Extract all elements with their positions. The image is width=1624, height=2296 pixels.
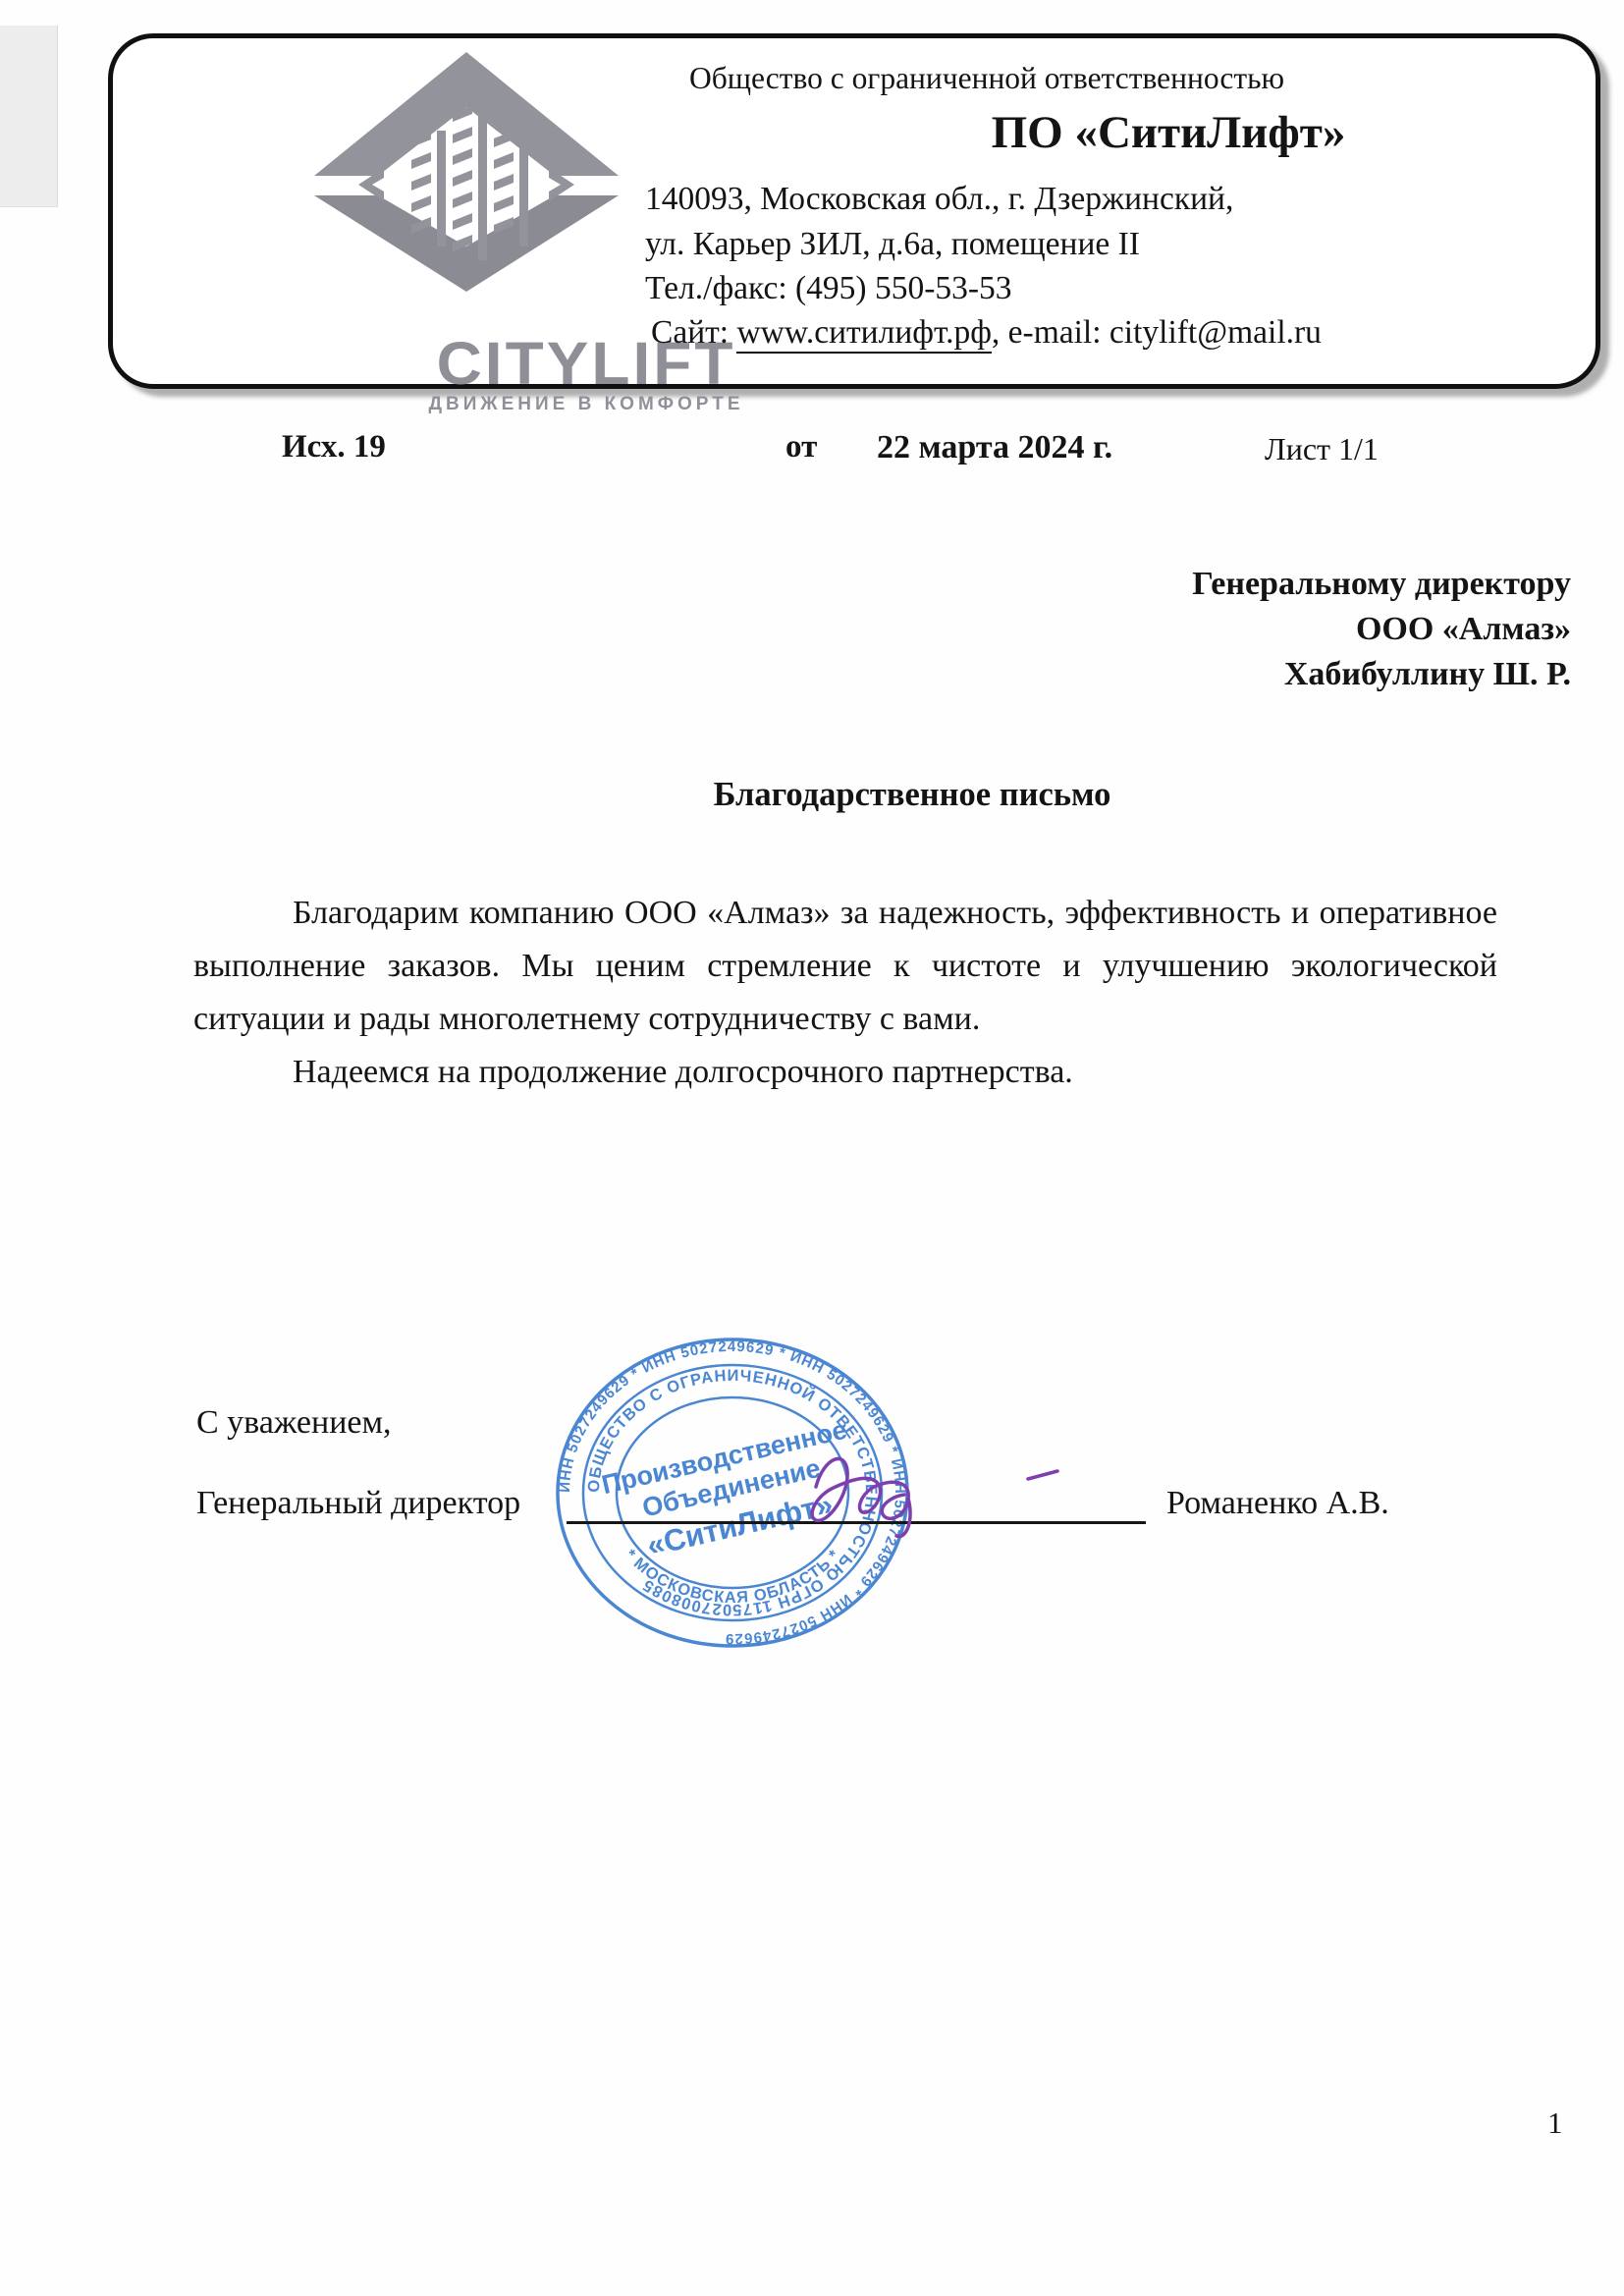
addressee-company: ООО «Алмаз»: [884, 607, 1571, 652]
addressee-block: Генеральному директору ООО «Алмаз» Хабиб…: [884, 562, 1571, 697]
salutation: С уважением,: [196, 1404, 392, 1442]
phone-fax-line: Тел./факс: (495) 550-53-53: [645, 270, 1012, 307]
org-type: Общество с ограниченной ответственностью: [643, 61, 1330, 96]
signature-stroke-main: [812, 1458, 908, 1520]
site-label: Сайт:: [651, 314, 736, 351]
date-from-label: от: [785, 429, 817, 465]
body-paragraph-1: Благодарим компанию ООО «Алмаз» за надеж…: [193, 887, 1497, 1046]
signer-name: Романенко А.В.: [1166, 1485, 1389, 1522]
handwritten-signature: [781, 1426, 1114, 1573]
addressee-name: Хабибуллину Ш. Р.: [884, 652, 1571, 697]
email-part: , e-mail: citylift@mail.ru: [992, 314, 1322, 351]
signer-position: Генеральный директор: [196, 1485, 520, 1522]
body-paragraph-2: Надеемся на продолжение долгосрочного па…: [193, 1046, 1497, 1099]
logo-tagline: ДВИЖЕНИЕ В КОМФОРТЕ: [400, 394, 773, 415]
scan-artifact: [0, 26, 58, 207]
letter-date: 22 марта 2024 г.: [877, 429, 1112, 466]
signature-stroke-dash: [1028, 1471, 1057, 1479]
page-number: 1: [1547, 2105, 1563, 2141]
site-email-line: Сайт: www.ситилифт.рф, e-mail: citylift@…: [651, 314, 1322, 352]
site-url: www.ситилифт.рф: [736, 314, 991, 354]
citylift-logo-diamond: [299, 46, 633, 298]
letter-body: Благодарим компанию ООО «Алмаз» за надеж…: [193, 887, 1497, 1099]
letter-title: Благодарственное письмо: [202, 776, 1622, 814]
address-line-1: 140093, Московская обл., г. Дзержинский,: [645, 181, 1233, 218]
sheet-count: Лист 1/1: [1265, 431, 1379, 467]
org-name: ПО «СитиЛифт»: [913, 106, 1424, 159]
outgoing-number: Исх. 19: [282, 429, 386, 465]
logo-tower-center: [453, 105, 487, 260]
addressee-position: Генеральному директору: [884, 562, 1571, 607]
address-line-2: ул. Карьер ЗИЛ, д.6а, помещение II: [645, 226, 1140, 263]
